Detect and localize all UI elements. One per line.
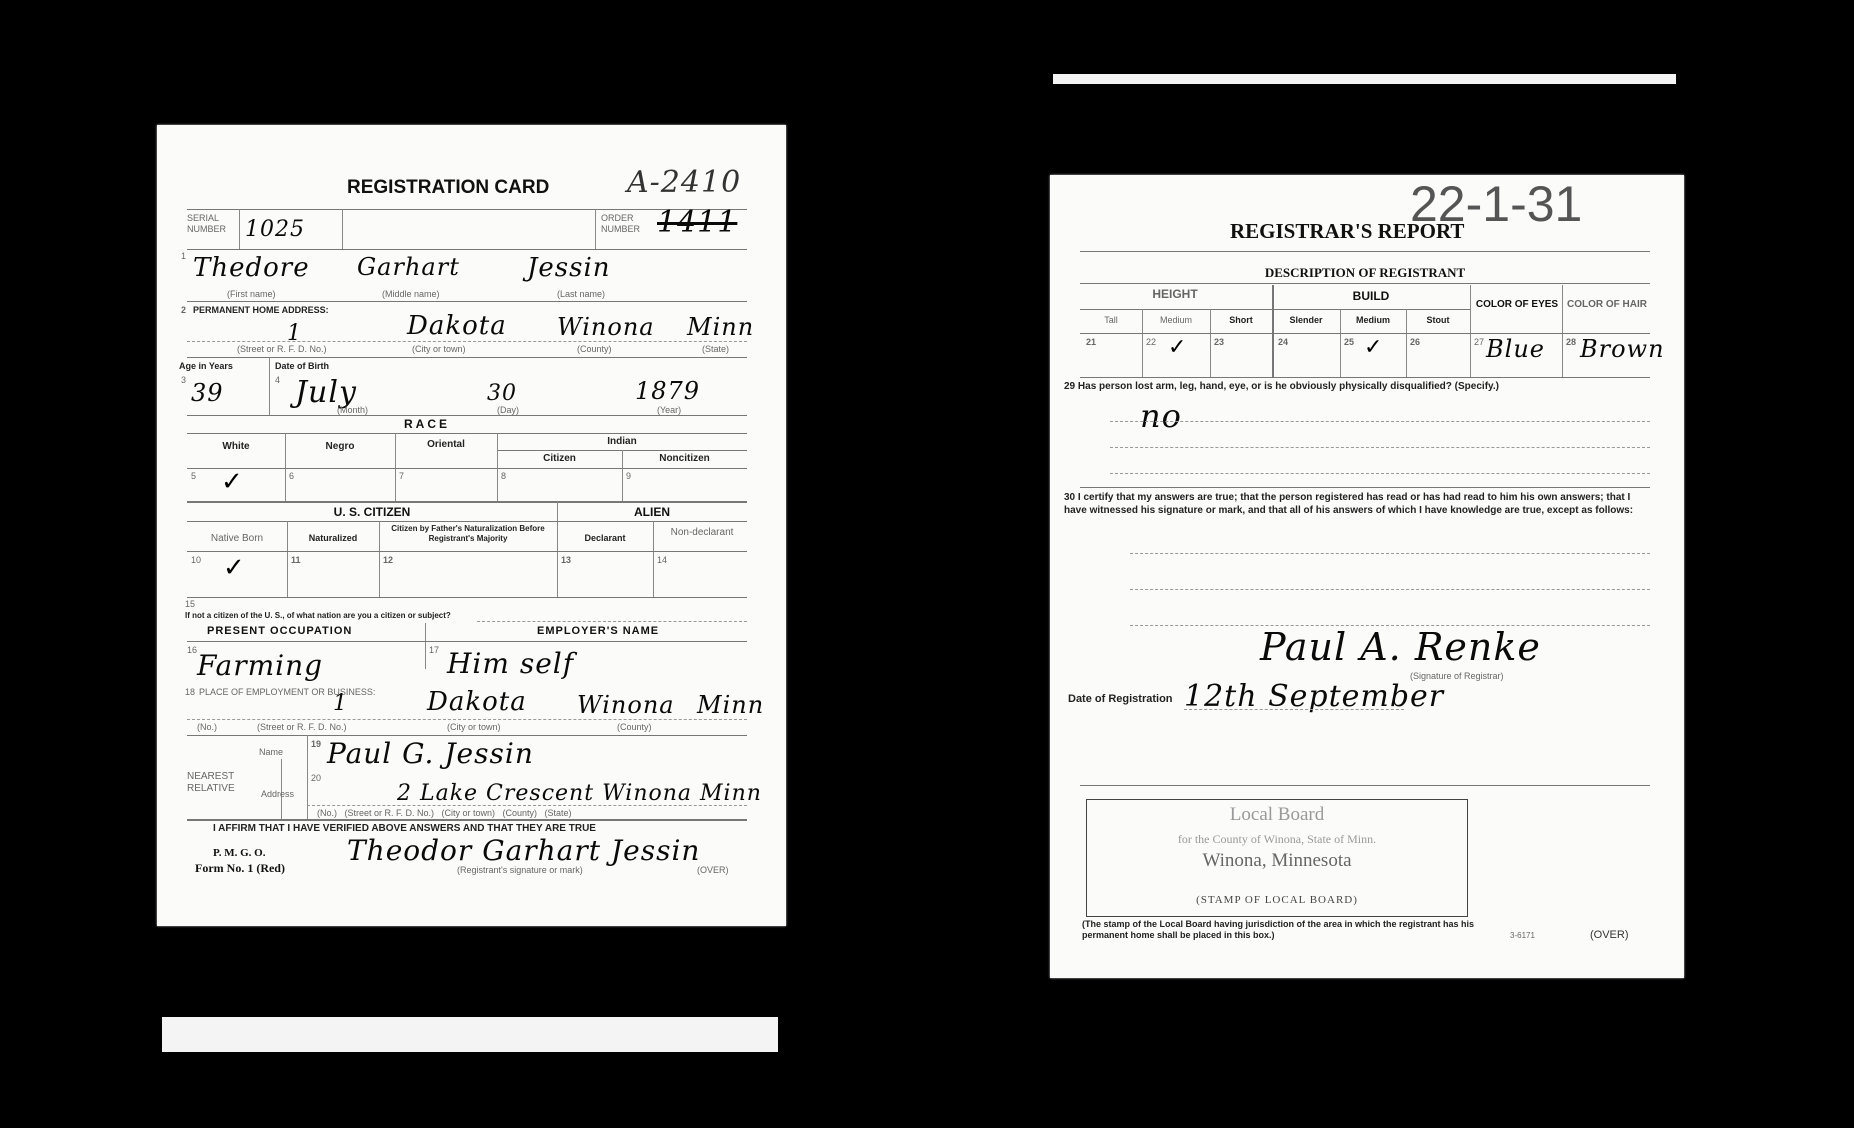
birth-day-value: 30 bbox=[487, 381, 517, 406]
stamp-instruction-note: (The stamp of the Local Board having jur… bbox=[1082, 919, 1482, 941]
home-address-label: PERMANENT HOME ADDRESS: bbox=[193, 305, 329, 315]
local-board-stamp-box: Local Board for the County of Winona, St… bbox=[1086, 799, 1468, 917]
stamp-caption: (STAMP OF LOCAL BOARD) bbox=[1087, 894, 1467, 906]
middle-name-value: Garhart bbox=[357, 253, 460, 281]
serial-number-value: 1025 bbox=[245, 217, 305, 242]
form-number: Form No. 1 (Red) bbox=[195, 861, 285, 876]
employment-place-label: PLACE OF EMPLOYMENT OR BUSINESS: bbox=[199, 687, 375, 697]
employer-label: EMPLOYER'S NAME bbox=[537, 625, 659, 637]
relative-name-value: Paul G. Jessin bbox=[327, 737, 534, 770]
age-value: 39 bbox=[191, 379, 224, 407]
serial-label: SERIAL NUMBER bbox=[187, 213, 237, 235]
employment-street: 1 bbox=[333, 691, 348, 716]
indian-heading: Indian bbox=[497, 436, 747, 447]
eye-color-heading: COLOR OF EYES bbox=[1472, 299, 1562, 311]
home-address-state: Minn bbox=[687, 313, 754, 341]
build-heading: BUILD bbox=[1272, 289, 1470, 303]
relative-address-value: 2 Lake Crescent Winona Minn bbox=[397, 781, 762, 806]
employer-value: Him self bbox=[447, 647, 574, 680]
build-medium-checkbox[interactable]: ✓ bbox=[1364, 335, 1382, 360]
employment-state: Minn bbox=[697, 691, 764, 719]
registration-card: REGISTRATION CARD A-2410 SERIAL NUMBER 1… bbox=[157, 125, 786, 926]
nation-question: If not a citizen of the U. S., of what n… bbox=[185, 611, 451, 620]
disability-question: 29 Has person lost arm, leg, hand, eye, … bbox=[1064, 381, 1664, 392]
birth-year-value: 1879 bbox=[635, 377, 700, 405]
registrar-signature: Paul A. Renke bbox=[1260, 625, 1541, 669]
dob-label: Date of Birth bbox=[275, 361, 329, 371]
order-label: ORDER NUMBER bbox=[601, 213, 653, 235]
hair-color-value: Brown bbox=[1580, 335, 1665, 363]
registration-stamp-number: A-2410 bbox=[627, 165, 741, 200]
occupation-value: Farming bbox=[197, 649, 323, 682]
us-citizen-heading: U. S. CITIZEN bbox=[187, 505, 557, 519]
form-office: P. M. G. O. bbox=[213, 847, 265, 859]
hair-color-heading: COLOR OF HAIR bbox=[1562, 299, 1652, 311]
height-medium-checkbox[interactable]: ✓ bbox=[1168, 335, 1186, 360]
registration-card-title: REGISTRATION CARD bbox=[347, 177, 549, 199]
home-address-street: 1 bbox=[287, 321, 302, 346]
native-born-checkbox[interactable]: ✓ bbox=[223, 553, 245, 583]
registrar-certification: 30 I certify that my answers are true; t… bbox=[1064, 491, 1654, 517]
disability-answer: no bbox=[1140, 397, 1182, 435]
first-name-value: Thedore bbox=[193, 253, 310, 283]
height-heading: HEIGHT bbox=[1080, 287, 1270, 301]
home-address-county: Winona bbox=[557, 313, 655, 341]
top-card-edge-strip bbox=[1053, 74, 1676, 84]
eye-color-value: Blue bbox=[1486, 335, 1545, 363]
employment-county: Winona bbox=[577, 691, 675, 719]
nearest-relative-label: NEAREST RELATIVE bbox=[187, 771, 247, 795]
employment-city: Dakota bbox=[427, 687, 527, 717]
home-address-city: Dakota bbox=[407, 311, 507, 341]
local-board-location: Winona, Minnesota bbox=[1087, 850, 1467, 872]
registration-date-label: Date of Registration bbox=[1068, 693, 1173, 705]
form-code: 3-6171 bbox=[1510, 931, 1535, 940]
age-label: Age in Years bbox=[179, 361, 233, 371]
over-label: (OVER) bbox=[1590, 929, 1629, 941]
order-number-value: 1411 bbox=[657, 205, 737, 240]
report-title: REGISTRAR'S REPORT bbox=[1230, 219, 1464, 244]
bottom-card-edge-strip bbox=[162, 1017, 778, 1052]
registrars-report-card: 22-1-31 REGISTRAR'S REPORT DESCRIPTION O… bbox=[1050, 175, 1684, 978]
race-heading: RACE bbox=[387, 417, 467, 431]
race-white-checkbox[interactable]: ✓ bbox=[221, 467, 243, 497]
occupation-label: PRESENT OCCUPATION bbox=[207, 625, 352, 637]
alien-heading: ALIEN bbox=[557, 505, 747, 519]
description-heading: DESCRIPTION OF REGISTRANT bbox=[1080, 265, 1650, 281]
last-name-value: Jessin bbox=[527, 253, 611, 283]
